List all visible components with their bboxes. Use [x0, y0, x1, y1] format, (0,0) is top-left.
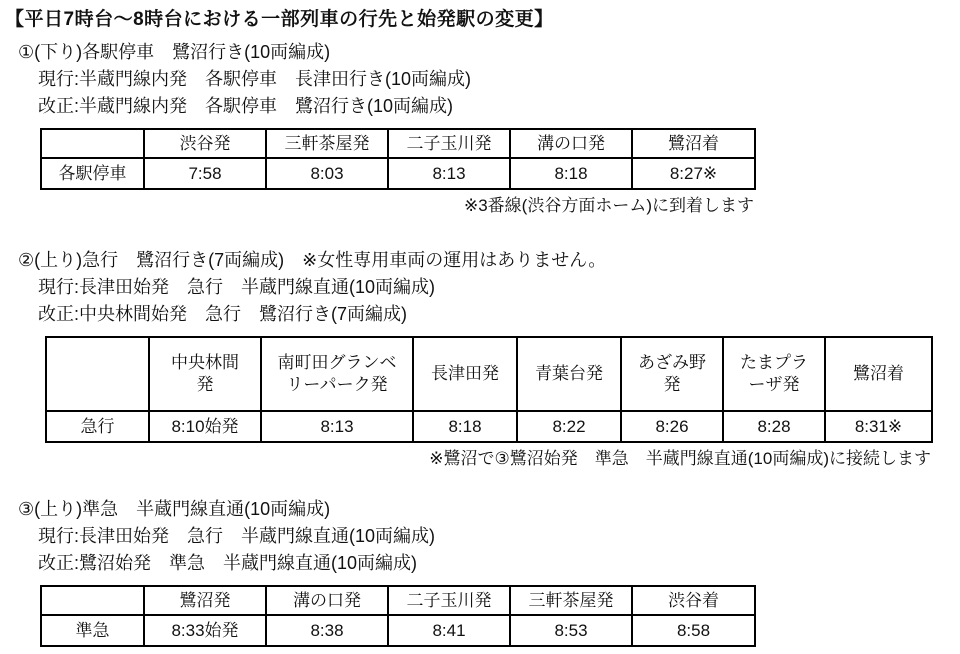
time-cell: 8:27※ [632, 158, 755, 189]
table-note: ※鷺沼で③鷺沼始発 準急 半蔵門線直通(10両編成)に接続します [45, 448, 931, 470]
section-heading: ③(上り)準急 半蔵門線直通(10両編成) [18, 496, 960, 523]
header-row: 渋谷発三軒茶屋発二子玉川発溝の口発鷺沼着 [41, 129, 755, 158]
time-cell: 7:58 [144, 158, 266, 189]
time-cell: 8:31※ [825, 411, 932, 442]
timetable-wrapper: 中央林間 発南町田グランベ リーパーク発長津田発青葉台発あざみ野 発たまプラ ー… [45, 336, 931, 470]
timetable-local: 渋谷発三軒茶屋発二子玉川発溝の口発鷺沼着各駅停車7:588:038:138:18… [40, 128, 756, 190]
time-cell: 8:13 [261, 411, 413, 442]
corner-cell [41, 586, 144, 615]
time-cell: 8:28 [723, 411, 825, 442]
station-column-header: 南町田グランベ リーパーク発 [261, 337, 413, 411]
corner-cell [46, 337, 149, 411]
time-cell: 8:18 [510, 158, 632, 189]
train-type-label: 急行 [46, 411, 149, 442]
time-cell: 8:38 [266, 615, 388, 646]
station-column-header: 二子玉川発 [388, 586, 510, 615]
revised-service-line: 改正:半蔵門線内発 各駅停車 鷺沼行き(10両編成) [38, 93, 960, 120]
section-express-train: ②(上り)急行 鷺沼行き(7両編成) ※女性専用車両の運用はありません。 現行:… [5, 247, 960, 470]
current-service-line: 現行:長津田始発 急行 半蔵門線直通(10両編成) [38, 523, 960, 550]
station-column-header: 鷺沼着 [632, 129, 755, 158]
station-column-header: 鷺沼発 [144, 586, 266, 615]
timetable-express: 中央林間 発南町田グランベ リーパーク発長津田発青葉台発あざみ野 発たまプラ ー… [45, 336, 933, 443]
revised-service-line: 改正:鷺沼始発 準急 半蔵門線直通(10両編成) [38, 550, 960, 577]
station-column-header: 溝の口発 [266, 586, 388, 615]
station-column-header: たまプラ ーザ発 [723, 337, 825, 411]
time-cell: 8:26 [621, 411, 723, 442]
section-local-train: ①(下り)各駅停車 鷺沼行き(10両編成) 現行:半蔵門線内発 各駅停車 長津田… [5, 39, 960, 217]
train-type-label: 各駅停車 [41, 158, 144, 189]
time-cell: 8:41 [388, 615, 510, 646]
revised-service-line: 改正:中央林間始発 急行 鷺沼行き(7両編成) [38, 301, 960, 328]
section-semi-express-train: ③(上り)準急 半蔵門線直通(10両編成) 現行:長津田始発 急行 半蔵門線直通… [5, 496, 960, 647]
table-note: ※3番線(渋谷方面ホーム)に到着します [40, 195, 754, 217]
time-cell: 8:10始発 [149, 411, 261, 442]
time-row: 各駅停車7:588:038:138:188:27※ [41, 158, 755, 189]
time-cell: 8:58 [632, 615, 755, 646]
current-service-line: 現行:長津田始発 急行 半蔵門線直通(10両編成) [38, 274, 960, 301]
time-row: 準急8:33始発8:388:418:538:58 [41, 615, 755, 646]
time-cell: 8:53 [510, 615, 632, 646]
time-cell: 8:18 [413, 411, 517, 442]
time-cell: 8:13 [388, 158, 510, 189]
header-row: 中央林間 発南町田グランベ リーパーク発長津田発青葉台発あざみ野 発たまプラ ー… [46, 337, 932, 411]
station-column-header: 青葉台発 [517, 337, 621, 411]
time-cell: 8:03 [266, 158, 388, 189]
time-cell: 8:22 [517, 411, 621, 442]
time-cell: 8:33始発 [144, 615, 266, 646]
section-heading: ②(上り)急行 鷺沼行き(7両編成) ※女性専用車両の運用はありません。 [18, 247, 960, 274]
station-column-header: 三軒茶屋発 [510, 586, 632, 615]
station-column-header: 渋谷着 [632, 586, 755, 615]
current-service-line: 現行:半蔵門線内発 各駅停車 長津田行き(10両編成) [38, 66, 960, 93]
train-type-label: 準急 [41, 615, 144, 646]
station-column-header: 中央林間 発 [149, 337, 261, 411]
station-column-header: 溝の口発 [510, 129, 632, 158]
station-column-header: 鷺沼着 [825, 337, 932, 411]
section-heading: ①(下り)各駅停車 鷺沼行き(10両編成) [18, 39, 960, 66]
timetable-wrapper: 渋谷発三軒茶屋発二子玉川発溝の口発鷺沼着各駅停車7:588:038:138:18… [40, 128, 754, 217]
station-column-header: 長津田発 [413, 337, 517, 411]
document-title: 【平日7時台～8時台における一部列車の行先と始発駅の変更】 [5, 6, 960, 33]
station-column-header: あざみ野 発 [621, 337, 723, 411]
station-column-header: 三軒茶屋発 [266, 129, 388, 158]
timetable-wrapper: 鷺沼発溝の口発二子玉川発三軒茶屋発渋谷着準急8:33始発8:388:418:53… [40, 585, 754, 647]
station-column-header: 二子玉川発 [388, 129, 510, 158]
document-page: 【平日7時台～8時台における一部列車の行先と始発駅の変更】 ①(下り)各駅停車 … [0, 0, 960, 647]
corner-cell [41, 129, 144, 158]
station-column-header: 渋谷発 [144, 129, 266, 158]
header-row: 鷺沼発溝の口発二子玉川発三軒茶屋発渋谷着 [41, 586, 755, 615]
time-row: 急行8:10始発8:138:188:228:268:288:31※ [46, 411, 932, 442]
timetable-semi-express: 鷺沼発溝の口発二子玉川発三軒茶屋発渋谷着準急8:33始発8:388:418:53… [40, 585, 756, 647]
